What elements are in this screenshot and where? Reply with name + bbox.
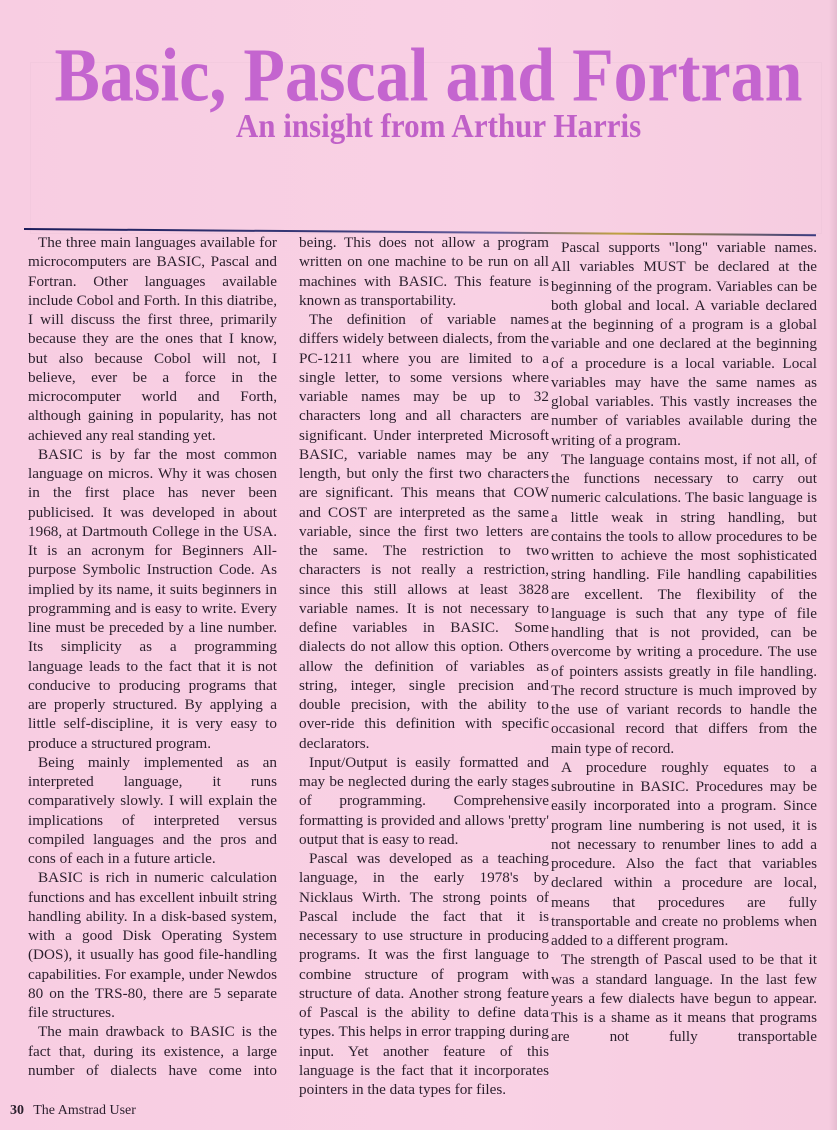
paragraph: BASIC is by far the most common language… xyxy=(28,445,277,753)
paragraph: Pascal supports "long" variable names. A… xyxy=(551,238,817,450)
text-column-2: being. This does not allow a program wri… xyxy=(299,233,549,1099)
page-number: 30 xyxy=(10,1103,24,1118)
paragraph: Input/Output is easily formatted and may… xyxy=(299,753,549,849)
paragraph: The language contains most, if not all, … xyxy=(551,450,817,758)
text-column-1: The three main languages available for m… xyxy=(28,233,277,1080)
paragraph: The main drawback to BASIC is the fact t… xyxy=(28,1022,277,1080)
paragraph: BASIC is rich in numeric calculation fun… xyxy=(28,868,277,1022)
paragraph: Pascal was developed as a teaching langu… xyxy=(299,849,549,1099)
text-column-3: Pascal supports "long" variable names. A… xyxy=(551,238,817,1047)
page-footer: 30 The Amstrad User xyxy=(10,1103,136,1119)
paragraph: A procedure roughly equates to a subrout… xyxy=(551,758,817,951)
paragraph: The strength of Pascal used to be that i… xyxy=(551,950,817,1046)
article-subtitle: An insight from Arthur Harris xyxy=(20,104,837,148)
magazine-page: Basic, Pascal and Fortran An insight fro… xyxy=(0,0,837,1130)
paragraph: Being mainly implemented as an interpret… xyxy=(28,753,277,869)
publication-name: The Amstrad User xyxy=(33,1103,136,1118)
paragraph: The definition of variable names differs… xyxy=(299,310,549,753)
page-edge-shadow xyxy=(829,0,837,1130)
paragraph: The three main languages available for m… xyxy=(28,233,277,445)
paragraph-continued: being. This does not allow a program wri… xyxy=(299,233,549,310)
